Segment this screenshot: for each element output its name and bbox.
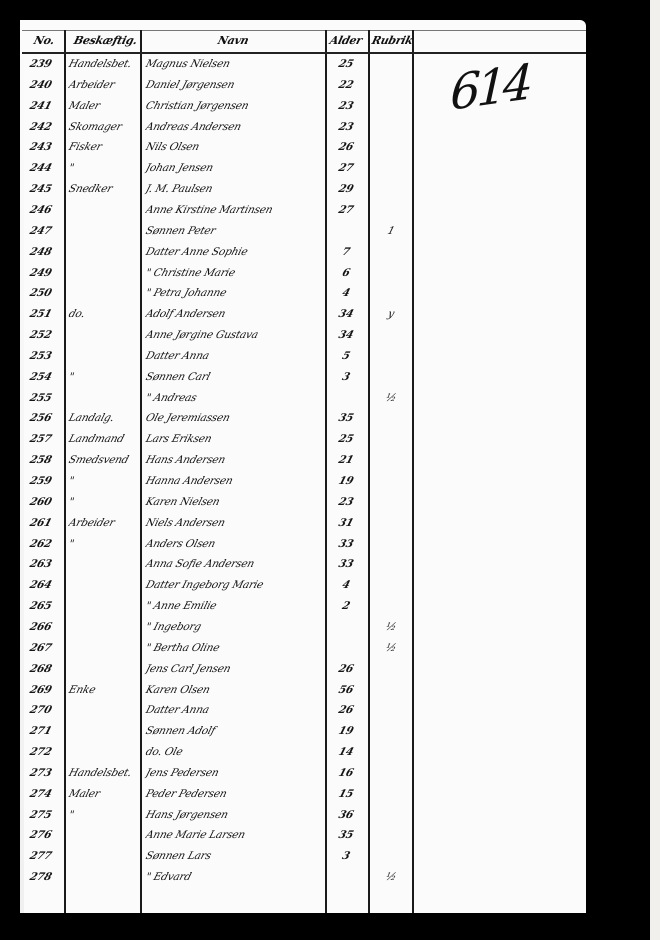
entry-number: 265 — [27, 596, 69, 616]
occupation-cell: do. — [66, 304, 144, 324]
rubrik-cell — [369, 367, 413, 387]
name-cell: Datter Anna — [143, 700, 327, 720]
entry-number: 243 — [27, 137, 69, 157]
occupation-cell — [66, 554, 144, 574]
entry-number: 242 — [27, 117, 69, 137]
name-cell: " Edvard — [143, 867, 327, 887]
name-cell: Datter Ingeborg Marie — [143, 575, 327, 595]
occupation-cell: Snedker — [66, 179, 144, 199]
entry-number: 257 — [27, 429, 69, 449]
age-cell: 2 — [325, 596, 367, 616]
age-cell: 15 — [325, 784, 367, 804]
rubrik-cell — [369, 242, 413, 262]
entry-number: 248 — [27, 242, 69, 262]
rubrik-cell — [369, 96, 413, 116]
table-row: 260"Karen Nielsen23 — [22, 492, 412, 512]
table-row: 255" Andreas½ — [22, 388, 412, 408]
occupation-cell — [66, 346, 144, 366]
rubrik-cell — [369, 429, 413, 449]
age-cell: 6 — [325, 263, 367, 283]
rubrik-cell: ½ — [369, 638, 413, 658]
table-row: 271Sønnen Adolf19 — [22, 721, 412, 741]
rubrik-cell — [369, 825, 413, 845]
header-rubrik: Rubrik — [370, 34, 414, 47]
name-cell: Datter Anna — [143, 346, 327, 366]
header-age: Alder — [328, 34, 363, 47]
entry-number: 254 — [27, 367, 69, 387]
table-row: 258SmedsvendHans Andersen21 — [22, 450, 412, 470]
entry-number: 252 — [27, 325, 69, 345]
occupation-cell: " — [66, 492, 144, 512]
entry-number: 261 — [27, 513, 69, 533]
rubrik-cell — [369, 325, 413, 345]
age-cell: 35 — [325, 408, 367, 428]
name-cell: Hans Jørgensen — [143, 805, 327, 825]
table-row: 248Datter Anne Sophie7 — [22, 242, 412, 262]
age-cell: 19 — [325, 471, 367, 491]
age-cell — [325, 867, 367, 887]
entry-number: 245 — [27, 179, 69, 199]
rubrik-cell — [369, 346, 413, 366]
table-row: 273Handelsbet.Jens Pedersen16 — [22, 763, 412, 783]
name-cell: Christian Jørgensen — [143, 96, 327, 116]
table-row: 241MalerChristian Jørgensen23 — [22, 96, 412, 116]
name-cell: Karen Olsen — [143, 680, 327, 700]
table-row: 253Datter Anna5 — [22, 346, 412, 366]
name-cell: " Christine Marie — [143, 263, 327, 283]
header-name: Navn — [216, 34, 250, 47]
table-row: 243FiskerNils Olsen26 — [22, 137, 412, 157]
table-row: 272do. Ole14 — [22, 742, 412, 762]
page-number-annotation: 614 — [449, 54, 530, 122]
entry-number: 256 — [27, 408, 69, 428]
name-cell: " Petra Johanne — [143, 283, 327, 303]
table-row: 259"Hanna Andersen19 — [22, 471, 412, 491]
rubrik-cell — [369, 408, 413, 428]
age-cell: 5 — [325, 346, 367, 366]
name-cell: Sønnen Adolf — [143, 721, 327, 741]
rubrik-cell — [369, 75, 413, 95]
name-cell: Anna Sofie Andersen — [143, 554, 327, 574]
entry-number: 249 — [27, 263, 69, 283]
name-cell: Hans Andersen — [143, 450, 327, 470]
age-cell: 31 — [325, 513, 367, 533]
rubrik-cell — [369, 805, 413, 825]
name-cell: Hanna Andersen — [143, 471, 327, 491]
entry-number: 259 — [27, 471, 69, 491]
name-cell: " Andreas — [143, 388, 327, 408]
rubrik-cell — [369, 492, 413, 512]
entry-number: 258 — [27, 450, 69, 470]
age-cell: 35 — [325, 825, 367, 845]
occupation-cell — [66, 325, 144, 345]
age-cell: 29 — [325, 179, 367, 199]
table-row: 256Landalg.Ole Jeremiassen35 — [22, 408, 412, 428]
name-cell: Peder Pedersen — [143, 784, 327, 804]
table-row: 252Anne Jørgine Gustava34 — [22, 325, 412, 345]
occupation-cell — [66, 659, 144, 679]
name-cell: Jens Carl Jensen — [143, 659, 327, 679]
table-row: 262"Anders Olsen33 — [22, 534, 412, 554]
occupation-cell: " — [66, 367, 144, 387]
age-cell: 21 — [325, 450, 367, 470]
occupation-cell: Arbeider — [66, 75, 144, 95]
entry-number: 270 — [27, 700, 69, 720]
occupation-cell: " — [66, 805, 144, 825]
table-row: 250" Petra Johanne4 — [22, 283, 412, 303]
occupation-cell — [66, 721, 144, 741]
age-cell: 3 — [325, 846, 367, 866]
age-cell: 27 — [325, 158, 367, 178]
table-row: 242SkomagerAndreas Andersen23 — [22, 117, 412, 137]
table-row: 245SnedkerJ. M. Paulsen29 — [22, 179, 412, 199]
header-no: No. — [32, 34, 55, 47]
age-cell: 26 — [325, 137, 367, 157]
entry-number: 255 — [27, 388, 69, 408]
entry-number: 251 — [27, 304, 69, 324]
occupation-cell: Fisker — [66, 137, 144, 157]
rubrik-cell — [369, 117, 413, 137]
name-cell: J. M. Paulsen — [143, 179, 327, 199]
occupation-cell — [66, 575, 144, 595]
rubrik-cell — [369, 534, 413, 554]
table-row: 247Sønnen Peter1 — [22, 221, 412, 241]
name-cell: do. Ole — [143, 742, 327, 762]
entry-number: 264 — [27, 575, 69, 595]
occupation-cell — [66, 638, 144, 658]
name-cell: Karen Nielsen — [143, 492, 327, 512]
name-cell: Anne Kirstine Martinsen — [143, 200, 327, 220]
age-cell — [325, 617, 367, 637]
rubrik-cell — [369, 450, 413, 470]
name-cell: Adolf Andersen — [143, 304, 327, 324]
occupation-cell: Handelsbet. — [66, 763, 144, 783]
rubrik-cell — [369, 742, 413, 762]
name-cell: Andreas Andersen — [143, 117, 327, 137]
occupation-cell: Smedsvend — [66, 450, 144, 470]
age-cell: 26 — [325, 659, 367, 679]
age-cell: 34 — [325, 325, 367, 345]
occupation-cell: " — [66, 534, 144, 554]
table-row: 277Sønnen Lars3 — [22, 846, 412, 866]
rubrik-cell — [369, 263, 413, 283]
occupation-cell: Enke — [66, 680, 144, 700]
age-cell: 3 — [325, 367, 367, 387]
rubrik-cell — [369, 54, 413, 74]
table-row: 257LandmandLars Eriksen25 — [22, 429, 412, 449]
occupation-cell: Landalg. — [66, 408, 144, 428]
table-row: 254"Sønnen Carl3 — [22, 367, 412, 387]
rubrik-cell — [369, 283, 413, 303]
table-row: 268Jens Carl Jensen26 — [22, 659, 412, 679]
name-cell: Ole Jeremiassen — [143, 408, 327, 428]
table-row: 267" Bertha Oline½ — [22, 638, 412, 658]
rubrik-cell — [369, 700, 413, 720]
rubrik-cell — [369, 200, 413, 220]
name-cell: Sønnen Peter — [143, 221, 327, 241]
name-cell: Niels Andersen — [143, 513, 327, 533]
rubrik-cell — [369, 575, 413, 595]
rubrik-cell — [369, 680, 413, 700]
age-cell: 33 — [325, 554, 367, 574]
age-cell: 7 — [325, 242, 367, 262]
entry-number: 263 — [27, 554, 69, 574]
rubrik-cell — [369, 554, 413, 574]
occupation-cell — [66, 388, 144, 408]
age-cell: 23 — [325, 96, 367, 116]
table-row: 278" Edvard½ — [22, 867, 412, 887]
name-cell: Anders Olsen — [143, 534, 327, 554]
entry-number: 250 — [27, 283, 69, 303]
occupation-cell — [66, 742, 144, 762]
rubrik-cell: ½ — [369, 617, 413, 637]
occupation-cell — [66, 596, 144, 616]
entry-number: 277 — [27, 846, 69, 866]
age-cell: 16 — [325, 763, 367, 783]
rubrik-cell — [369, 846, 413, 866]
name-cell: " Bertha Oline — [143, 638, 327, 658]
age-cell: 4 — [325, 283, 367, 303]
age-cell: 56 — [325, 680, 367, 700]
table-row: 251do.Adolf Andersen34y — [22, 304, 412, 324]
name-cell: Sønnen Carl — [143, 367, 327, 387]
table-row: 269EnkeKaren Olsen56 — [22, 680, 412, 700]
rubrik-cell — [369, 513, 413, 533]
rubrik-cell — [369, 659, 413, 679]
table-row: 249" Christine Marie6 — [22, 263, 412, 283]
table-row: 265" Anne Emilie2 — [22, 596, 412, 616]
top-rule — [22, 30, 586, 31]
age-cell: 33 — [325, 534, 367, 554]
age-cell: 27 — [325, 200, 367, 220]
table-row: 240ArbeiderDaniel Jørgensen22 — [22, 75, 412, 95]
table-row: 270Datter Anna26 — [22, 700, 412, 720]
entry-number: 276 — [27, 825, 69, 845]
table-row: 276Anne Marie Larsen35 — [22, 825, 412, 845]
age-cell: 23 — [325, 492, 367, 512]
name-cell: " Ingeborg — [143, 617, 327, 637]
rubrik-cell — [369, 137, 413, 157]
name-cell: Daniel Jørgensen — [143, 75, 327, 95]
table-row: 261ArbeiderNiels Andersen31 — [22, 513, 412, 533]
age-cell: 19 — [325, 721, 367, 741]
occupation-cell: " — [66, 158, 144, 178]
entry-number: 273 — [27, 763, 69, 783]
occupation-cell — [66, 700, 144, 720]
entry-number: 274 — [27, 784, 69, 804]
entry-number: 244 — [27, 158, 69, 178]
entry-number: 247 — [27, 221, 69, 241]
occupation-cell: Arbeider — [66, 513, 144, 533]
rubrik-cell — [369, 471, 413, 491]
entry-number: 267 — [27, 638, 69, 658]
occupation-cell: Landmand — [66, 429, 144, 449]
name-cell: Johan Jensen — [143, 158, 327, 178]
name-cell: Nils Olsen — [143, 137, 327, 157]
rubrik-cell: y — [369, 304, 413, 324]
occupation-cell — [66, 283, 144, 303]
table-row: 239Handelsbet.Magnus Nielsen25 — [22, 54, 412, 74]
occupation-cell: Maler — [66, 96, 144, 116]
age-cell: 25 — [325, 54, 367, 74]
entry-number: 268 — [27, 659, 69, 679]
age-cell: 26 — [325, 700, 367, 720]
entry-number: 271 — [27, 721, 69, 741]
age-cell: 23 — [325, 117, 367, 137]
rubrik-cell: ½ — [369, 388, 413, 408]
entry-number: 241 — [27, 96, 69, 116]
table-row: 274MalerPeder Pedersen15 — [22, 784, 412, 804]
entry-number: 246 — [27, 200, 69, 220]
table-row: 244"Johan Jensen27 — [22, 158, 412, 178]
age-cell: 36 — [325, 805, 367, 825]
name-cell: Datter Anne Sophie — [143, 242, 327, 262]
name-cell: Jens Pedersen — [143, 763, 327, 783]
entry-number: 240 — [27, 75, 69, 95]
name-cell: Anne Jørgine Gustava — [143, 325, 327, 345]
occupation-cell — [66, 617, 144, 637]
occupation-cell — [66, 846, 144, 866]
age-cell: 14 — [325, 742, 367, 762]
age-cell: 25 — [325, 429, 367, 449]
rubrik-cell — [369, 179, 413, 199]
entry-number: 239 — [27, 54, 69, 74]
name-cell: Sønnen Lars — [143, 846, 327, 866]
occupation-cell — [66, 263, 144, 283]
occupation-cell — [66, 867, 144, 887]
occupation-cell — [66, 200, 144, 220]
entry-number: 272 — [27, 742, 69, 762]
age-cell: 34 — [325, 304, 367, 324]
occupation-cell: Skomager — [66, 117, 144, 137]
entry-number: 278 — [27, 867, 69, 887]
entry-number: 275 — [27, 805, 69, 825]
rubrik-cell — [369, 721, 413, 741]
name-cell: Anne Marie Larsen — [143, 825, 327, 845]
entry-number: 262 — [27, 534, 69, 554]
entry-number: 253 — [27, 346, 69, 366]
rubrik-cell: 1 — [369, 221, 413, 241]
age-cell: 4 — [325, 575, 367, 595]
viewer-edge-strip — [650, 0, 660, 940]
rubrik-cell — [369, 596, 413, 616]
name-cell: Magnus Nielsen — [143, 54, 327, 74]
register-page: No. Beskæftig. Navn Alder Rubrik 614 239… — [22, 20, 586, 913]
rubrik-cell — [369, 784, 413, 804]
age-cell — [325, 638, 367, 658]
age-cell — [325, 221, 367, 241]
table-row: 246Anne Kirstine Martinsen27 — [22, 200, 412, 220]
entry-number: 269 — [27, 680, 69, 700]
occupation-cell — [66, 825, 144, 845]
table-row: 275"Hans Jørgensen36 — [22, 805, 412, 825]
occupation-cell: Handelsbet. — [66, 54, 144, 74]
age-cell: 22 — [325, 75, 367, 95]
name-cell: Lars Eriksen — [143, 429, 327, 449]
age-cell — [325, 388, 367, 408]
header-occupation: Beskæftig. — [72, 34, 138, 47]
rubrik-cell: ½ — [369, 867, 413, 887]
occupation-cell: Maler — [66, 784, 144, 804]
table-row: 263Anna Sofie Andersen33 — [22, 554, 412, 574]
name-cell: " Anne Emilie — [143, 596, 327, 616]
occupation-cell — [66, 221, 144, 241]
table-row: 264Datter Ingeborg Marie4 — [22, 575, 412, 595]
entry-number: 260 — [27, 492, 69, 512]
table-row: 266" Ingeborg½ — [22, 617, 412, 637]
occupation-cell: " — [66, 471, 144, 491]
rubrik-cell — [369, 763, 413, 783]
occupation-cell — [66, 242, 144, 262]
rubrik-cell — [369, 158, 413, 178]
entry-number: 266 — [27, 617, 69, 637]
